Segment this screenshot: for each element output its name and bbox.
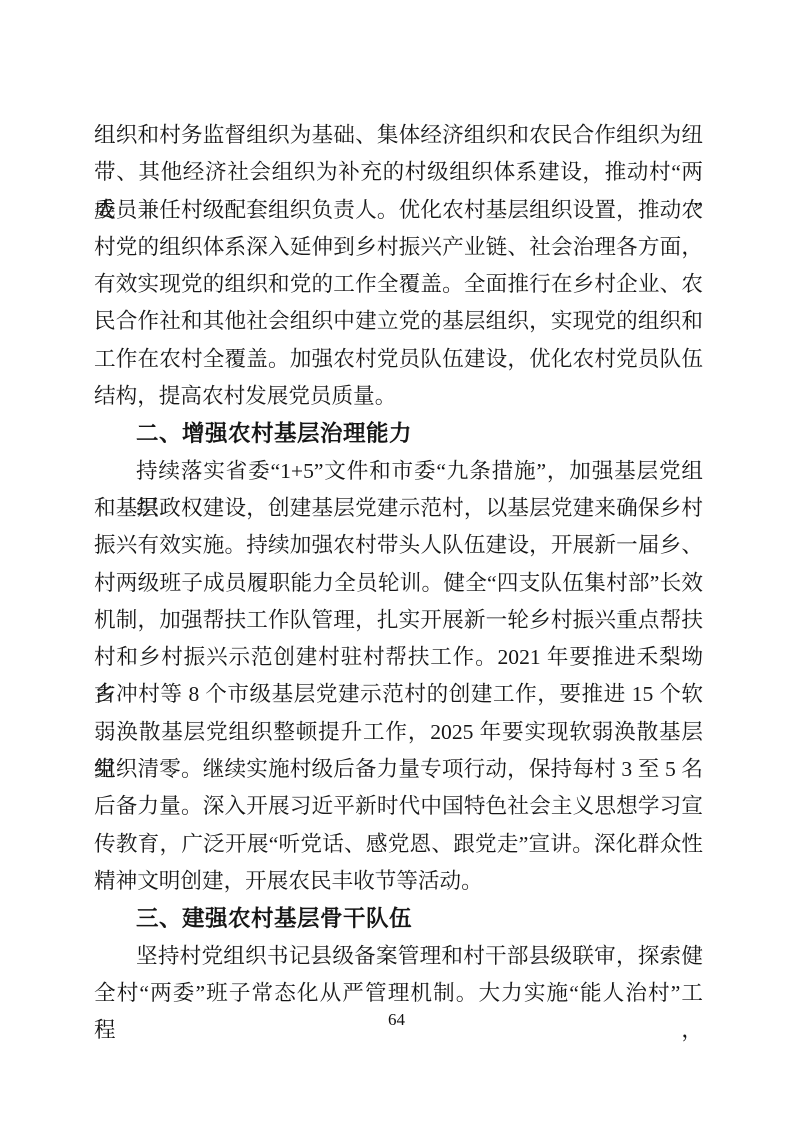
paragraph-continuation: 组织和村务监督组织为基础、集体经济组织和农民合作组织为纽带、其他经济社会组织为补…: [94, 117, 703, 415]
text-line: 全村“两委”班子常态化从严管理机制。大力实施“能人治村”工程，: [94, 975, 703, 1012]
heading-line: 三、建强农村基层骨干队伍: [94, 900, 703, 937]
text-line: 组织清零。继续实施村级后备力量专项行动，保持每村 3 至 5 名: [94, 751, 703, 788]
text-line: 持续落实省委“1+5”文件和市委“九条措施”，加强基层党组织: [94, 453, 703, 490]
paragraph-section-3: 坚持村党组织书记县级备案管理和村干部县级联审，探索健全村“两委”班子常态化从严管…: [94, 938, 703, 1013]
text-line: 振兴有效实施。持续加强农村带头人队伍建设，开展新一届乡、: [94, 527, 703, 564]
text-line: 村和乡村振兴示范创建村驻村帮扶工作。2021 年要推进禾梨坳乡: [94, 639, 703, 676]
text-line: 成员兼任村级配套组织负责人。优化农村基层组织设置，推动农: [94, 192, 703, 229]
text-line: 带、其他经济社会组织为补充的村级组织体系建设，推动村“两委”: [94, 154, 703, 191]
text-line: 结构，提高农村发展党员质量。: [94, 378, 703, 415]
text-line: 民合作社和其他社会组织中建立党的基层组织，实现党的组织和: [94, 303, 703, 340]
text-line: 后备力量。深入开展习近平新时代中国特色社会主义思想学习宣: [94, 788, 703, 825]
paragraph-section-2: 持续落实省委“1+5”文件和市委“九条措施”，加强基层党组织和基层政权建设，创建…: [94, 453, 703, 901]
text-line: 弱涣散基层党组织整顿提升工作，2025 年要实现软弱涣散基层党: [94, 714, 703, 751]
heading-line: 二、增强农村基层治理能力: [94, 415, 703, 452]
text-line: 古冲村等 8 个市级基层党建示范村的创建工作，要推进 15 个软: [94, 676, 703, 713]
text-line: 工作在农村全覆盖。加强农村党员队伍建设，优化农村党员队伍: [94, 341, 703, 378]
text-line: 传教育，广泛开展“听党话、感党恩、跟党走”宣讲。深化群众性: [94, 826, 703, 863]
heading-section-2: 二、增强农村基层治理能力: [94, 415, 703, 452]
text-line: 坚持村党组织书记县级备案管理和村干部县级联审，探索健: [94, 938, 703, 975]
text-line: 机制，加强帮扶工作队管理，扎实开展新一轮乡村振兴重点帮扶: [94, 602, 703, 639]
text-line: 村党的组织体系深入延伸到乡村振兴产业链、社会治理各方面，: [94, 229, 703, 266]
page-number: 64: [0, 1008, 793, 1032]
document-page: 组织和村务监督组织为基础、集体经济组织和农民合作组织为纽带、其他经济社会组织为补…: [0, 0, 793, 1122]
text-line: 村两级班子成员履职能力全员轮训。健全“四支队伍集村部”长效: [94, 565, 703, 602]
text-line: 和基层政权建设，创建基层党建示范村，以基层党建来确保乡村: [94, 490, 703, 527]
text-line: 组织和村务监督组织为基础、集体经济组织和农民合作组织为纽: [94, 117, 703, 154]
heading-section-3: 三、建强农村基层骨干队伍: [94, 900, 703, 937]
text-line: 精神文明创建，开展农民丰收节等活动。: [94, 863, 703, 900]
document-body: 组织和村务监督组织为基础、集体经济组织和农民合作组织为纽带、其他经济社会组织为补…: [94, 117, 703, 1012]
text-line: 有效实现党的组织和党的工作全覆盖。全面推行在乡村企业、农: [94, 266, 703, 303]
